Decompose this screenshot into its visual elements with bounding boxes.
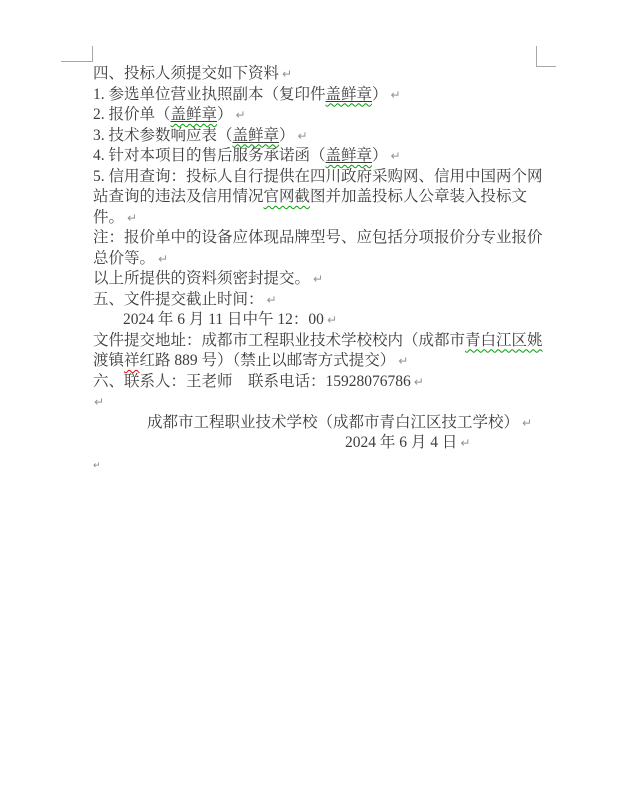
item-text: 2. 报价单（ xyxy=(93,106,171,123)
paragraph-mark: ↵ xyxy=(391,88,401,102)
signature-text: 成都市工程职业技术学校（成都市青白江区技工学校） xyxy=(147,414,519,431)
paragraph-mark: ↵ xyxy=(391,149,401,163)
paragraph-mark: ↵ xyxy=(313,272,323,286)
stamp-underlined: 盖鲜章 xyxy=(326,86,373,103)
paragraph-mark: ↵ xyxy=(298,129,308,143)
address-text: 渡镇 xyxy=(93,352,124,369)
date-text: 2024 年 6 月 4 日 xyxy=(345,434,457,451)
note-text: 以上所提供的资料须密封提交。 xyxy=(93,270,310,287)
list-item-3: 3. 技术参数响应表（盖鲜章）↵ xyxy=(93,126,543,147)
section-5-heading: 五、文件提交截止时间：↵ xyxy=(93,290,543,311)
stamp-text: 盖鲜章 xyxy=(171,106,218,123)
stamp-text: 盖鲜章 xyxy=(326,86,373,103)
stamp-underlined: 盖鲜章 xyxy=(326,147,373,164)
stamp-underlined: 盖鲜章 xyxy=(171,106,218,123)
contact-text: 六、联系人：王老师 联系电话：15928076786 xyxy=(93,373,411,390)
trailing-paragraph-mark: ↵ xyxy=(93,454,543,477)
item-text: ） xyxy=(217,106,233,123)
item-text: 1. 参选单位营业执照副本（复印件 xyxy=(93,86,326,103)
item-text: 3. 技术参数响应表（ xyxy=(93,127,233,144)
signature-date-line: 2024 年 6 月 4 日↵ xyxy=(93,433,543,454)
deadline-line: 2024 年 6 月 11 日中午 12：00↵ xyxy=(93,310,543,331)
note-paragraph: 注：报价单中的设备应体现品牌型号、应包括分项报价分专业报价总价等。↵ xyxy=(93,228,543,269)
paragraph-mark: ↵ xyxy=(267,293,277,307)
section-6-contact-line: 六、联系人：王老师 联系电话：15928076786↵ xyxy=(93,372,543,393)
section-4-heading: 四、投标人须提交如下资料↵ xyxy=(93,64,543,85)
signature-line: 成都市工程职业技术学校（成都市青白江区技工学校）↵ xyxy=(93,413,543,434)
document-body: 四、投标人须提交如下资料↵ 1. 参选单位营业执照副本（复印件盖鲜章）↵ 2. … xyxy=(93,64,543,476)
stamp-text: 盖鲜章 xyxy=(326,147,373,164)
empty-paragraph: ↵ xyxy=(93,392,543,413)
paragraph-mark: ↵ xyxy=(327,313,337,327)
paragraph-mark: ↵ xyxy=(282,67,292,81)
list-item-1: 1. 参选单位营业执照副本（复印件盖鲜章）↵ xyxy=(93,85,543,106)
list-item-5: 5. 信用查询：投标人自行提供在四川政府采购网、信用中国两个网站查询的违法及信用… xyxy=(93,167,543,229)
margin-mark-top-left-vertical xyxy=(92,46,93,62)
address-paragraph: 文件提交地址：成都市工程职业技术学校校内（成都市青白江区姚渡镇祥红路 889 号… xyxy=(93,331,543,372)
document-page: 四、投标人须提交如下资料↵ 1. 参选单位营业执照副本（复印件盖鲜章）↵ 2. … xyxy=(0,0,631,807)
paragraph-mark: ↵ xyxy=(236,108,246,122)
paragraph-mark: ↵ xyxy=(94,395,104,409)
misspelled-text: 青白江区姚 xyxy=(465,332,543,349)
item-text: 4. 针对本项目的售后服务承诺函（ xyxy=(93,147,326,164)
heading-text: 四、投标人须提交如下资料 xyxy=(93,65,279,82)
deadline-text: 2024 年 6 月 11 日中午 12：00 xyxy=(123,311,324,328)
margin-mark-top-left-horizontal xyxy=(61,61,93,62)
paragraph-mark: ↵ xyxy=(127,211,137,225)
paragraph-mark: ↵ xyxy=(158,252,168,266)
address-text: 红路 889 号）（禁止以邮寄方式提交） xyxy=(140,352,396,369)
stamp-underlined: 盖鲜章 xyxy=(233,127,280,144)
item-text: ） xyxy=(372,147,388,164)
paragraph-mark-small: ↵ xyxy=(93,461,101,471)
paragraph-mark: ↵ xyxy=(398,354,408,368)
list-item-4: 4. 针对本项目的售后服务承诺函（盖鲜章）↵ xyxy=(93,146,543,167)
list-item-2: 2. 报价单（盖鲜章）↵ xyxy=(93,105,543,126)
note-sealed-line: 以上所提供的资料须密封提交。↵ xyxy=(93,269,543,290)
paragraph-mark: ↵ xyxy=(460,436,470,450)
stamp-text: 盖鲜章 xyxy=(233,127,280,144)
paragraph-mark: ↵ xyxy=(522,416,532,430)
heading-text: 五、文件提交截止时间： xyxy=(93,291,264,308)
misspelled-text: 官网截 xyxy=(264,188,311,205)
address-text: 文件提交地址：成都市工程职业技术学校校内（成都市 xyxy=(93,332,465,349)
item-text: ） xyxy=(279,127,295,144)
misspelled-text-red: 祥 xyxy=(124,352,140,369)
paragraph-mark: ↵ xyxy=(414,375,424,389)
item-text: ） xyxy=(372,86,388,103)
